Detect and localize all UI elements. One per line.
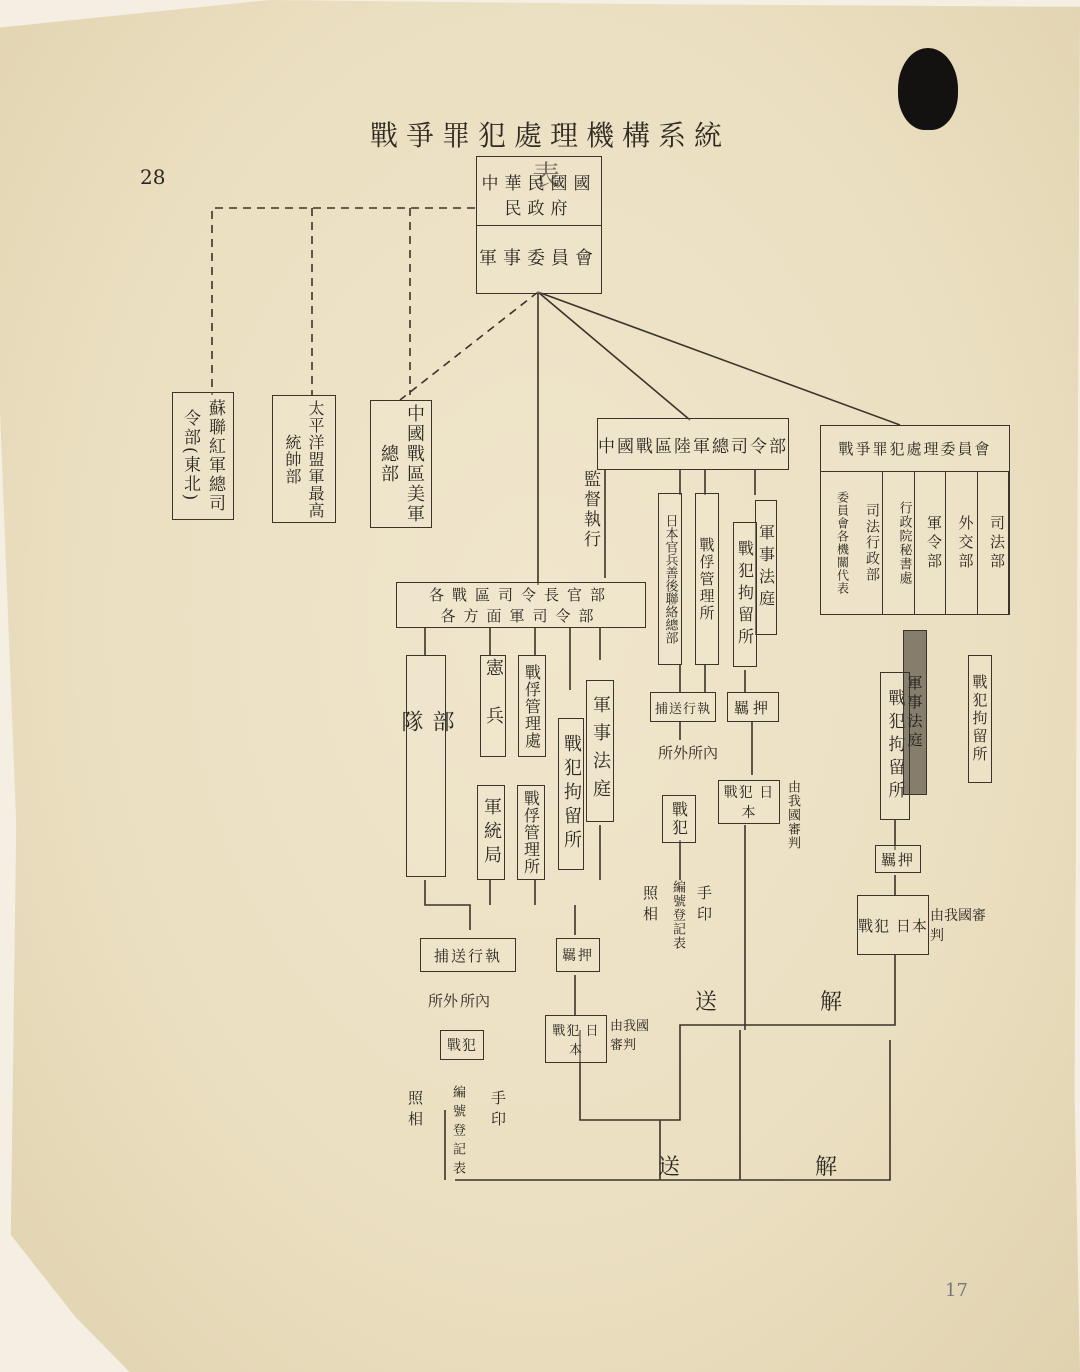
node-detention-left: 戰犯拘留所 xyxy=(558,718,584,870)
node-pow-mgmt-center: 戰俘管理所 xyxy=(695,493,719,665)
node-root: 中華民國國民政府 軍事委員會 xyxy=(476,156,602,294)
root-bottom-label: 軍事委員會 xyxy=(479,226,599,288)
label-send-upper: 送 xyxy=(695,985,717,1016)
war-zones-bottom: 各方面軍司令部 xyxy=(440,605,601,626)
label-photo-left: 照相 xyxy=(405,1090,426,1132)
member-justice: 司法部 xyxy=(978,472,1010,614)
node-war-zones: 各戰區司令長官部 各方面軍司令部 xyxy=(396,582,646,628)
node-custody-left: 羈押 xyxy=(556,938,600,972)
label-fingerprint-mid: 手印 xyxy=(694,885,715,927)
node-court-mid: 軍事法庭 xyxy=(755,500,777,635)
committee-title: 戰爭罪犯處理委員會 xyxy=(821,426,1009,472)
label-inside-mid: 所內 xyxy=(688,742,718,763)
node-custody-right: 羈押 xyxy=(875,845,921,873)
node-war-criminal-enemy-right: 戰犯 日本 xyxy=(857,895,929,955)
label-photo-mid: 照相 xyxy=(640,885,661,927)
label-register-left: 編號登記表 xyxy=(448,1085,467,1180)
node-committee: 戰爭罪犯處理委員會 司法部 外交部 軍令部 行政院秘書處 司法行政部 委員會各機… xyxy=(820,425,1010,615)
node-detention-far: 戰犯拘留所 xyxy=(968,655,992,783)
label-inside-left: 所內 xyxy=(460,990,490,1011)
label-release-lower: 解 xyxy=(815,1150,837,1181)
note-enemy-left: 由我國審判 xyxy=(610,1015,660,1053)
node-detention-mid: 戰犯拘留所 xyxy=(733,522,757,667)
label-outside-mid: 所外 xyxy=(658,742,688,763)
node-troops: 部隊 xyxy=(406,655,446,877)
label-outside-left: 所外 xyxy=(428,990,458,1011)
node-mp: 憲兵 xyxy=(480,655,506,757)
node-us-china: 中國戰區美軍總部 xyxy=(370,400,432,528)
node-pacific: 太平洋盟軍最高統帥部 xyxy=(272,395,336,523)
label-release-upper: 解 xyxy=(820,985,842,1016)
supervise-label: 監督執行 xyxy=(578,470,603,550)
node-arrest-exec-left: 捕送行執 xyxy=(420,938,516,972)
member-foreign: 外交部 xyxy=(946,472,978,614)
label-register-mid: 編號登記表 xyxy=(668,880,687,950)
note-enemy-right: 由我國審判 xyxy=(930,905,990,945)
label-send-lower: 送 xyxy=(658,1150,680,1181)
node-pow-camp: 戰俘管理所 xyxy=(517,785,545,880)
node-war-criminal-left: 戰犯 xyxy=(440,1030,484,1060)
node-mil-stats: 軍統局 xyxy=(477,785,505,880)
node-soviet: 蘇聯紅軍總司令部(東北) xyxy=(172,392,234,520)
node-pow-office: 戰俘管理處 xyxy=(518,655,546,757)
node-court-left: 軍事法庭 xyxy=(586,680,614,822)
node-war-criminal-enemy-mid: 戰犯 日本 xyxy=(718,780,780,824)
war-zones-top: 各戰區司令長官部 xyxy=(429,584,613,605)
note-enemy-mid: 由我國審判 xyxy=(783,780,802,850)
label-fingerprint-left: 手印 xyxy=(488,1090,509,1132)
node-war-criminal-enemy-left: 戰犯 日本 xyxy=(545,1015,607,1063)
node-court-right: 軍事法庭 xyxy=(903,630,927,795)
member-judicial-admin: 司法行政部 xyxy=(852,472,884,614)
node-army-hq: 中國戰區陸軍總司令部 xyxy=(597,418,789,470)
node-war-criminal-mid: 戰犯 xyxy=(662,795,696,843)
node-arrest-exec-mid: 捕送行執 xyxy=(650,692,716,722)
node-custody-mid: 羈押 xyxy=(727,692,779,722)
committee-members: 司法部 外交部 軍令部 行政院秘書處 司法行政部 委員會各機關代表 xyxy=(821,472,1009,614)
root-top-label: 中華民國國民政府 xyxy=(477,163,601,226)
member-exec-sec: 行政院秘書處 xyxy=(883,472,915,614)
node-enemy-hq-liaison: 日本官兵善後聯絡總部 xyxy=(658,493,682,665)
member-reps: 委員會各機關代表 xyxy=(821,472,852,614)
member-military: 軍令部 xyxy=(915,472,947,614)
